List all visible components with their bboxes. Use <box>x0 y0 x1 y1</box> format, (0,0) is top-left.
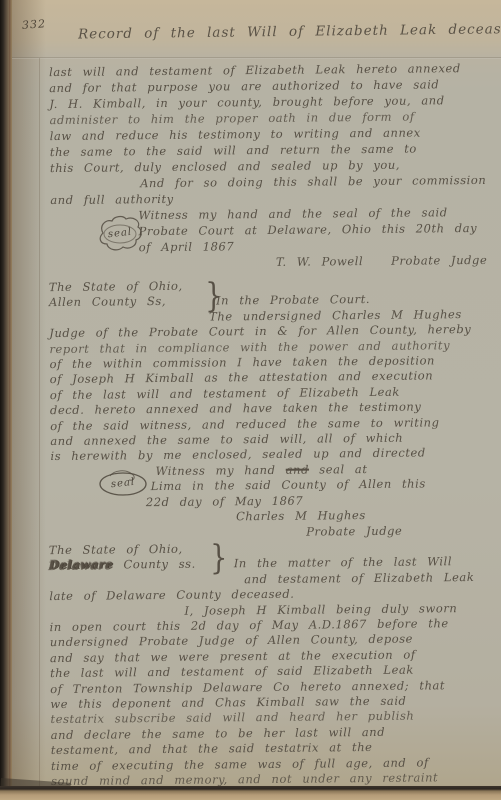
page-title: Record of the last Will of Elizabeth Lea… <box>78 22 478 43</box>
book-binding-edge <box>0 0 9 800</box>
struck-word: and <box>286 462 309 476</box>
judge-signature: T. W. Powell <box>276 254 363 269</box>
county-label: Allen County Ss, <box>49 294 166 311</box>
brace-glyph: } <box>210 538 227 578</box>
seal-label: seal <box>95 465 152 500</box>
record-book-page: 332 Record of the last Will of Elizabeth… <box>0 0 501 800</box>
allen-certificate: The State of Ohio, Allen County Ss, In t… <box>49 276 481 542</box>
deposition-section: The State of Ohio, Delaware County ss. I… <box>49 539 481 790</box>
margin-rule-line <box>39 58 40 786</box>
header-rule-line <box>12 57 501 59</box>
seal-label: seal <box>93 211 147 254</box>
court-label: In the Probate Court. <box>216 292 370 309</box>
hand-drawn-seal: seal <box>95 214 145 252</box>
witness-post: seal at <box>319 462 367 476</box>
signature-line: T. W. PowellProbate Judge <box>51 252 481 272</box>
witness-pre: Witness my hand <box>156 463 276 478</box>
page-bottom-edge <box>0 786 501 800</box>
judge-title: Probate Judge <box>391 253 487 268</box>
gutter-shadow <box>12 0 46 800</box>
brace-glyph: } <box>205 276 222 316</box>
hand-drawn-seal: seal <box>96 468 150 498</box>
matter-line: In the matter of the last Will <box>234 555 452 573</box>
county-rest: County ss. <box>123 557 195 573</box>
scribbled-county-word: Delaware <box>49 558 113 574</box>
page-number: 332 <box>22 17 47 32</box>
